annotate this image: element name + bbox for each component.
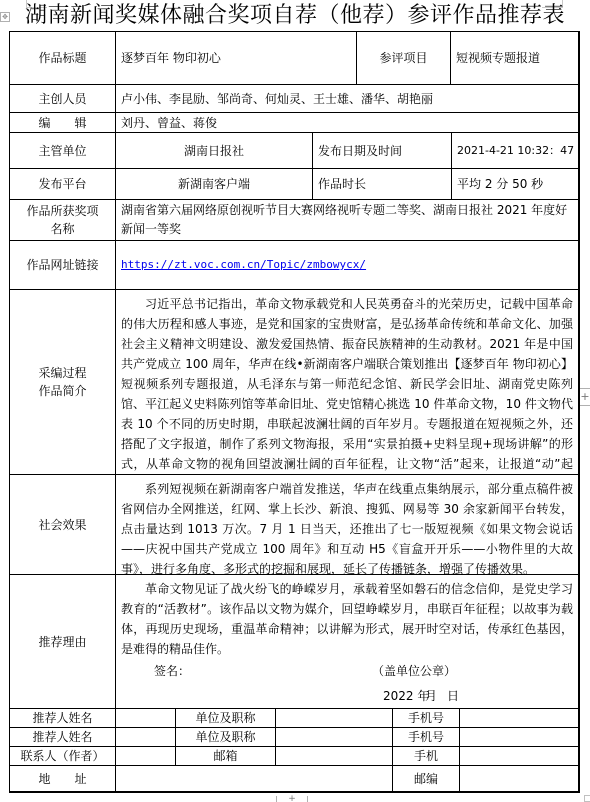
label-process-line1: 采编过程 [38,364,86,382]
label-url: 作品网址链接 [9,240,116,290]
label-work-title: 作品标题 [9,31,116,85]
label-contact-phone: 手机 [392,746,460,766]
field-creators[interactable]: 卢小伟、李昆励、邹尚奇、何灿灵、王士雄、潘华、胡艳丽 [115,84,579,113]
field-supervising-unit[interactable]: 湖南日报社 [115,132,313,169]
process-text: 习近平总书记指出，革命文物承载党和人民英勇奋斗的光荣历史，记载中国革命的伟大历程… [121,294,573,475]
label-recommender1-unit: 单位及职称 [175,708,276,728]
field-recommender1-phone[interactable] [459,708,579,728]
field-duration[interactable]: 平均 2 分 50 秒 [451,168,579,200]
label-contact-email: 邮箱 [175,746,276,766]
label-recommender2-unit: 单位及职称 [175,727,276,747]
date-year: 2022 年 [383,686,429,706]
insert-column-icon[interactable]: + [276,796,308,802]
table-resize-handle-icon[interactable] [584,795,590,802]
label-social-effect: 社会效果 [9,474,116,575]
field-contact-name[interactable] [115,746,176,766]
label-recommendation: 推荐理由 [9,574,116,709]
signature-label: 签名： [154,661,190,681]
seal-label: （盖单位公章） [372,661,456,681]
field-social-effect[interactable]: 系列短视频在新湖南客户端首发推送，华声在线重点集纳展示，部分重点稿件被省网信办全… [115,474,579,575]
label-awards: 作品所获奖项 名称 [9,199,116,241]
field-platform[interactable]: 新湖南客户端 [115,168,313,200]
label-postcode: 邮编 [392,765,460,792]
label-creators: 主创人员 [9,84,116,113]
field-address[interactable] [115,765,393,792]
field-work-title[interactable]: 逐梦百年 物印初心 [115,31,357,85]
label-supervising-unit: 主管单位 [9,132,116,169]
label-category: 参评项目 [356,31,451,85]
field-contact-email[interactable] [275,746,393,766]
label-recommender1-name: 推荐人姓名 [9,708,116,728]
label-address: 地 址 [9,765,116,792]
field-url: https://zt.voc.com.cn/Topic/zmbowycx/ [115,240,579,290]
social-effect-text: 系列短视频在新湖南客户端首发推送，华声在线重点集纳展示，部分重点稿件被省网信办全… [121,479,573,575]
label-editors: 编 辑 [9,112,116,133]
label-contact-name: 联系人（作者） [9,746,116,766]
date-day: 日 [447,686,459,706]
date-month: 月 [425,686,437,706]
field-recommender1-unit[interactable] [275,708,393,728]
field-category[interactable]: 短视频专题报道 [450,31,579,85]
field-recommender2-name[interactable] [115,727,176,747]
label-recommender1-phone: 手机号 [392,708,460,728]
label-publish-datetime: 发布日期及时间 [312,132,452,169]
label-awards-line1: 作品所获奖项 [26,202,98,220]
label-recommender2-name: 推荐人姓名 [9,727,116,747]
work-url-link[interactable]: https://zt.voc.com.cn/Topic/zmbowycx/ [121,256,366,274]
field-publish-datetime[interactable]: 2021-4-21 10:32：47 [451,132,579,169]
field-awards[interactable]: 湖南省第六届网络原创视听节目大赛网络视听专题二等奖、湖南日报社 2021 年度好… [115,199,579,241]
page-title: 湖南新闻奖媒体融合奖项自荐（他荐）参评作品推荐表 [0,2,590,30]
label-process: 采编过程 作品简介 [9,289,116,475]
label-process-line2: 作品简介 [38,382,86,400]
field-recommender2-unit[interactable] [275,727,393,747]
recommendation-text: 革命文物见证了战火纷飞的峥嵘岁月，承载着坚如磐石的信念信仰，是党史学习教育的“活… [121,579,573,659]
insert-row-icon[interactable]: + [580,388,590,406]
field-recommender2-phone[interactable] [459,727,579,747]
field-process[interactable]: 习近平总书记指出，革命文物承载党和人民英勇奋斗的光荣历史，记载中国革命的伟大历程… [115,289,579,475]
field-postcode[interactable] [459,765,579,792]
label-duration: 作品时长 [312,168,452,200]
label-platform: 发布平台 [9,168,116,200]
field-recommender1-name[interactable] [115,708,176,728]
label-recommender2-phone: 手机号 [392,727,460,747]
field-editors[interactable]: 刘丹、曾益、蒋俊 [115,112,579,133]
field-contact-phone[interactable] [459,746,579,766]
field-recommendation[interactable]: 革命文物见证了战火纷飞的峥嵘岁月，承载着坚如磐石的信念信仰，是党史学习教育的“活… [115,574,579,709]
label-awards-line2: 名称 [50,220,74,238]
